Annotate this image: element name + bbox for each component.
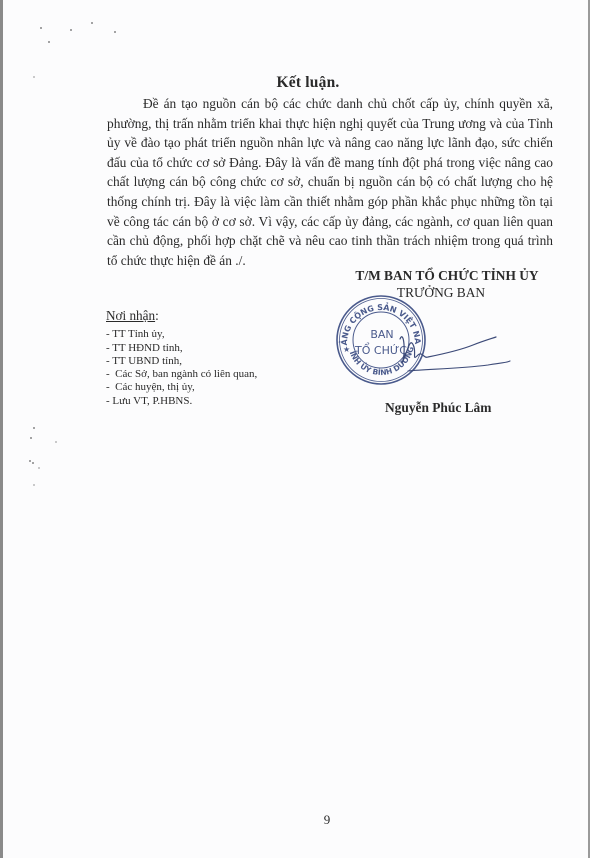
recipient-item: - TT UBND tỉnh, <box>106 355 257 368</box>
scan-speck <box>29 460 31 462</box>
recipient-item: - TT Tỉnh ủy, <box>106 328 257 341</box>
seal-center-line1: BAN <box>370 328 393 341</box>
seal-star: ★ <box>343 345 350 354</box>
recipient-item: - TT HĐND tỉnh, <box>106 342 257 355</box>
recipients-list: - TT Tỉnh ủy, - TT HĐND tỉnh, - TT UBND … <box>106 328 257 408</box>
signatory-name: Nguyễn Phúc Lâm <box>385 400 491 416</box>
scan-speck <box>55 441 57 443</box>
recipients-block: Nơi nhận: - TT Tỉnh ủy, - TT HĐND tỉnh, … <box>106 309 257 408</box>
recipients-heading: Nơi nhận <box>106 309 155 322</box>
scan-speck <box>91 22 93 24</box>
page-number: 9 <box>3 812 590 828</box>
scan-speck <box>33 427 35 429</box>
scan-speck <box>70 29 72 31</box>
recipients-heading-colon: : <box>155 308 159 323</box>
scan-speck <box>32 462 34 464</box>
recipient-item: - Các Sở, ban ngành có liên quan, <box>106 368 257 381</box>
recipient-item: - Lưu VT, P.HBNS. <box>106 395 257 408</box>
signatory-organization: T/M BAN TỔ CHỨC TỈNH ỦY <box>331 268 563 284</box>
section-title: Kết luận. <box>3 74 590 92</box>
document-page: Kết luận. Đề án tạo nguồn cán bộ các chứ… <box>0 0 590 858</box>
scan-speck <box>48 41 50 43</box>
scan-speck <box>30 437 32 439</box>
scan-speck <box>33 484 35 486</box>
conclusion-body: Đề án tạo nguồn cán bộ các chức danh chủ… <box>107 94 553 270</box>
recipient-item: - Các huyện, thị ủy, <box>106 381 257 394</box>
scan-speck <box>38 467 40 469</box>
scan-speck <box>40 27 42 29</box>
scan-speck <box>114 31 116 33</box>
conclusion-paragraph: Đề án tạo nguồn cán bộ các chức danh chủ… <box>107 94 553 270</box>
handwritten-signature-icon <box>398 325 513 385</box>
